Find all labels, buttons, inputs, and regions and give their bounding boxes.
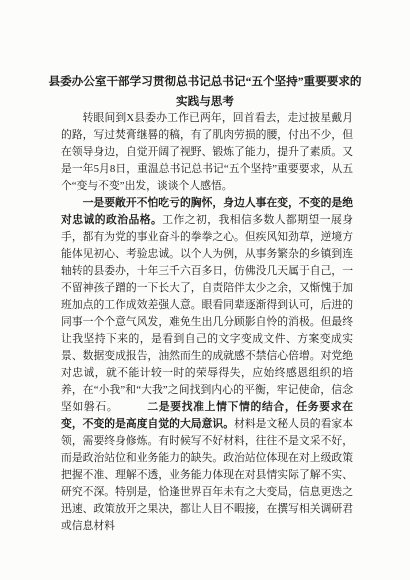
body-text: 材料是文秘人员的看家本领，需要终身修炼。有时候写不好材料，往往不是文采不好，而是… xyxy=(61,418,353,532)
paragraph: 转眼间到X县委办工作已两年，回首看去，走过披星戴月的路，写过焚膏继晷的稿，有了肌… xyxy=(61,110,353,195)
document-body: 转眼间到X县委办工作已两年，回首看去，走过披星戴月的路，写过焚膏继晷的稿，有了肌… xyxy=(61,110,353,535)
document-page: 县委办公室干部学习贯彻总书记总书记“五个坚持”重要要求的实践与思考 转眼间到X县… xyxy=(0,0,410,580)
body-text: 转眼间到X县委办工作已两年，回首看去，走过披星戴月的路，写过焚膏继晷的稿，有了肌… xyxy=(61,112,353,192)
document-title: 县委办公室干部学习贯彻总书记总书记“五个坚持”重要要求的实践与思考 xyxy=(45,72,365,112)
body-text: 工作之初，我相信多数人都期望一展身手，都有为党的事业奋斗的拳拳之心。但疾风知劲草… xyxy=(61,214,353,413)
paragraph: 一是要敞开不怕吃亏的胸怀，身边人事在变，不变的是绝对忠诚的政治品格。工作之初，我… xyxy=(61,195,353,535)
